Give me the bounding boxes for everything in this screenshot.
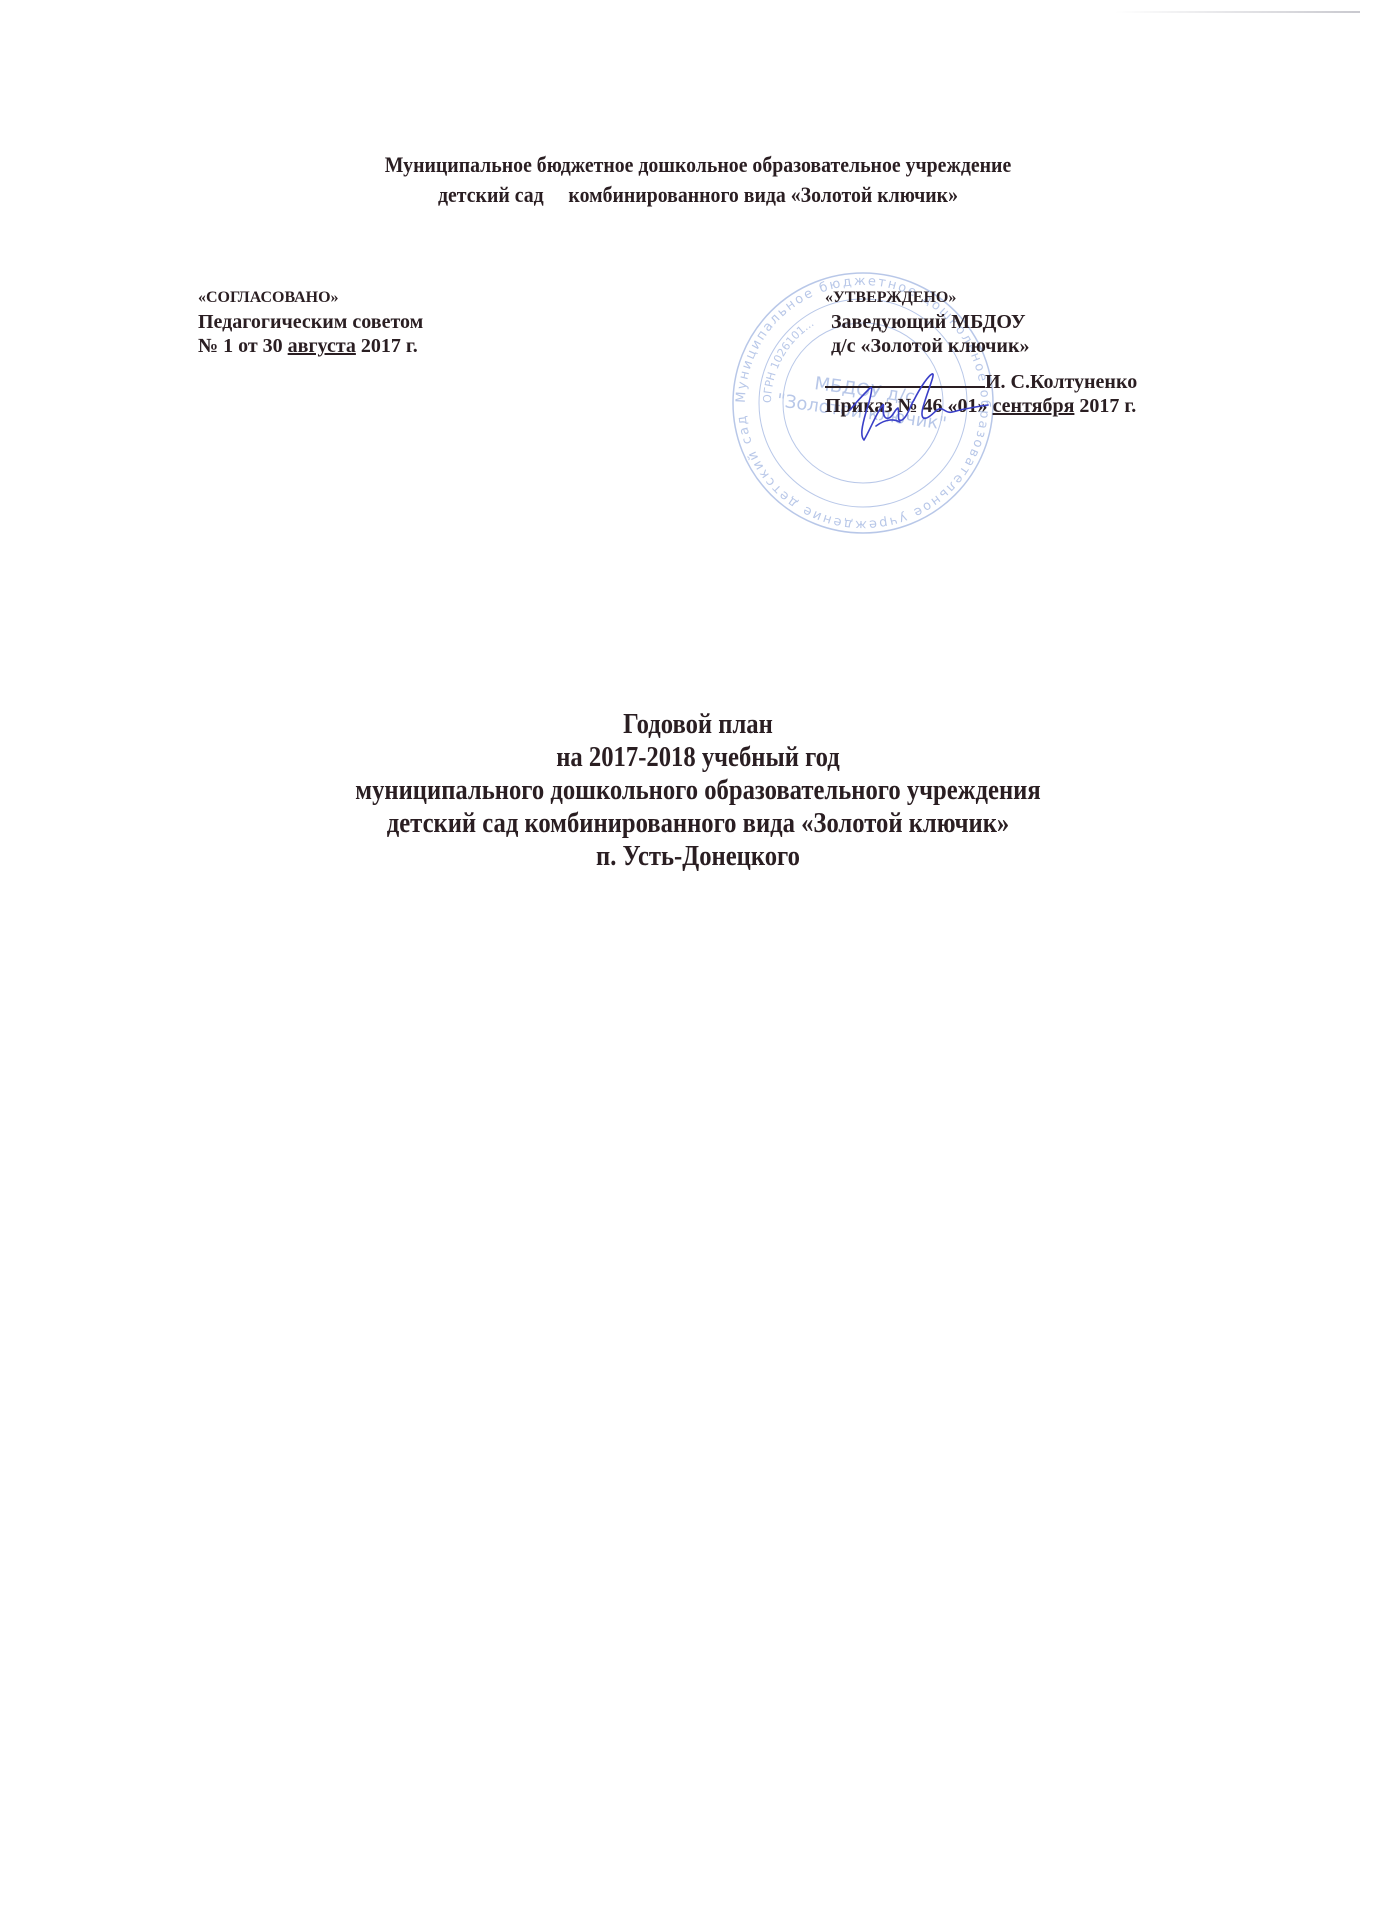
agreed-number: № 1 от 30 — [198, 335, 288, 357]
agreed-label: «СОГЛАСОВАНО» — [198, 286, 423, 310]
institution-header: Муниципальное бюджетное дошкольное образ… — [70, 150, 1326, 210]
title-line-5: п. Усть-Донецкого — [84, 840, 1312, 873]
scan-edge-artifact — [1115, 11, 1360, 13]
signature-line — [825, 368, 985, 388]
agreed-body: Педагогическим советом — [198, 310, 423, 334]
signature-row: И. С.Колтуненко — [825, 368, 1137, 394]
title-line-1: Годовой план — [84, 708, 1312, 741]
title-line-4: детский сад комбинированного вида «Золот… — [84, 807, 1312, 840]
approved-org: д/с «Золотой ключик» — [825, 334, 1137, 358]
agreed-year: 2017 г. — [356, 335, 418, 357]
svg-text:ОГРН 1026101...: ОГРН 1026101... — [761, 316, 816, 403]
signatory-name: И. С.Колтуненко — [985, 371, 1137, 393]
agreed-block: «СОГЛАСОВАНО» Педагогическим советом № 1… — [198, 286, 423, 358]
agreed-month: августа — [288, 335, 356, 357]
approved-block: «УТВЕРЖДЕНО» Заведующий МБДОУ д/с «Золот… — [825, 286, 1137, 418]
title-line-2: на 2017-2018 учебный год — [84, 741, 1312, 774]
stamp-inner-text: ОГРН 1026101... — [761, 316, 816, 403]
approved-label: «УТВЕРЖДЕНО» — [825, 286, 1137, 310]
document-title: Годовой план на 2017-2018 учебный год му… — [84, 708, 1312, 873]
header-line-2: детский сад комбинированного вида «Золот… — [70, 180, 1326, 210]
title-line-3: муниципального дошкольного образовательн… — [84, 774, 1312, 807]
header-line-1: Муниципальное бюджетное дошкольное образ… — [70, 150, 1326, 180]
approved-order: Приказ № 46 «01» сентября 2017 г. — [825, 394, 1137, 418]
agreed-protocol: № 1 от 30 августа 2017 г. — [198, 334, 423, 358]
approved-position: Заведующий МБДОУ — [825, 310, 1137, 334]
